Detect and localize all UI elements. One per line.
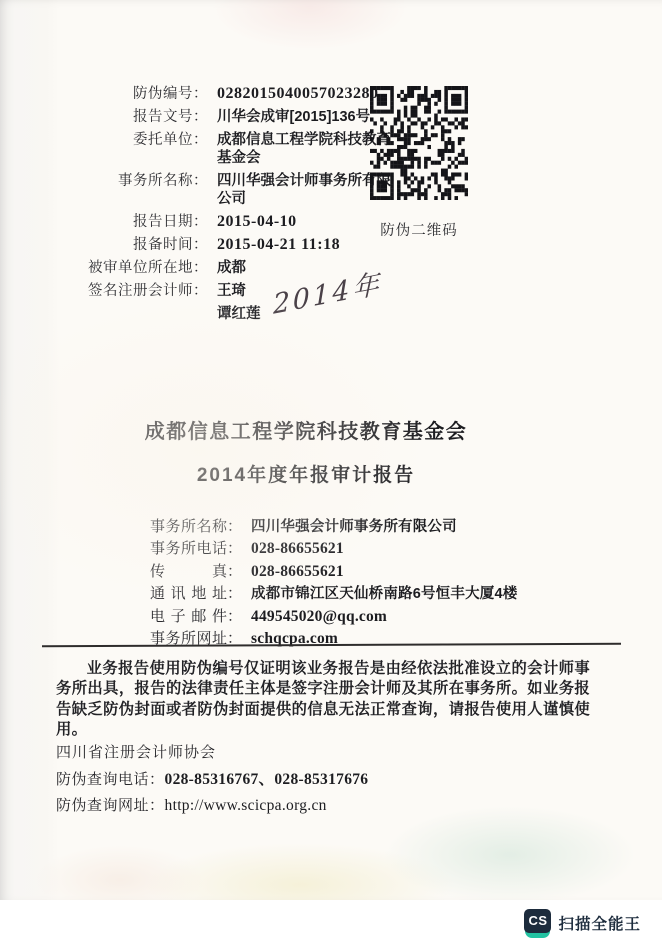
field-row-antiforgery-number: 防伪编号 0282015040057023280 bbox=[86, 85, 386, 103]
report-title-block: 成都信息工程学院科技教育基金会 2014年度年报审计报告 bbox=[0, 415, 612, 487]
report-title-line1: 成都信息工程学院科技教育基金会 bbox=[0, 415, 612, 444]
colon: ： bbox=[227, 560, 242, 581]
camscanner-logo-icon: CS bbox=[524, 909, 551, 938]
field-value: 成都信息工程学院科技教育基金会 bbox=[217, 131, 393, 167]
field-row-client-unit: 委托单位 成都信息工程学院科技教育基金会 bbox=[86, 131, 386, 167]
field-label: 事务所名称 bbox=[86, 172, 208, 208]
field-label: 被审单位所在地 bbox=[86, 259, 208, 277]
field-label: 防伪编号 bbox=[86, 85, 208, 103]
firm-row-phone: 事务所电话： 028-86655621 bbox=[150, 537, 590, 559]
firm-label: 事务所电话 bbox=[150, 537, 227, 558]
field-label: 委托单位 bbox=[86, 131, 208, 167]
firm-row-address: 通讯地址： 成都市锦江区天仙桥南路6号恒丰大厦4楼 bbox=[150, 582, 590, 604]
firm-contact-block: 事务所名称： 四川华强会计师事务所有限公司 事务所电话： 028-8665562… bbox=[150, 515, 590, 649]
field-row-filing-time: 报备时间 2015-04-21 11:18 bbox=[86, 236, 386, 254]
field-row-report-number: 报告文号 川华会成审[2015]136号 bbox=[86, 108, 386, 126]
scanner-brand-name: 扫描全能王 bbox=[558, 912, 641, 934]
association-web-label: 防伪查询网址 bbox=[56, 797, 149, 814]
association-web-row: 防伪查询网址：http://www.scicpa.org.cn bbox=[56, 794, 368, 815]
association-block: 四川省注册会计师协会 防伪查询电话：028-85316767、028-85317… bbox=[56, 741, 368, 815]
field-value: 四川华强会计师事务所有限公司 bbox=[217, 172, 393, 208]
colon: ： bbox=[149, 797, 165, 814]
firm-row-email: 电子邮件： 449545020@qq.com bbox=[150, 605, 590, 627]
colon: ： bbox=[227, 515, 242, 536]
disclaimer-paragraph: 业务报告使用防伪编号仅证明该业务报告是由经依法批准设立的会计师事务所出具，报告的… bbox=[56, 659, 590, 740]
association-phone-value: 028-85316767、028-85317676 bbox=[165, 771, 369, 788]
qr-caption: 防伪二维码 bbox=[370, 219, 468, 240]
firm-value: 028-86655621 bbox=[251, 540, 344, 558]
field-row-firm-name: 事务所名称 四川华强会计师事务所有限公司 bbox=[86, 172, 386, 208]
field-label: 报备时间 bbox=[86, 236, 208, 254]
firm-value: 028-86655621 bbox=[251, 563, 344, 581]
qr-section: 防伪二维码 bbox=[370, 86, 468, 240]
firm-label: 通讯地址 bbox=[150, 582, 227, 603]
field-label: 报告日期 bbox=[86, 213, 208, 231]
firm-value: 成都市锦江区天仙桥南路6号恒丰大厦4楼 bbox=[251, 582, 517, 603]
colon: ： bbox=[227, 582, 242, 603]
antiforgery-qr-code bbox=[370, 86, 468, 200]
firm-label: 事务所名称 bbox=[150, 515, 227, 536]
field-label: 报告文号 bbox=[86, 108, 208, 126]
field-value: 2015-04-10 bbox=[217, 213, 393, 231]
firm-label: 传真 bbox=[150, 560, 227, 581]
firm-value: 四川华强会计师事务所有限公司 bbox=[251, 515, 457, 536]
association-phone-row: 防伪查询电话：028-85316767、028-85317676 bbox=[56, 767, 368, 789]
field-value: 川华会成审[2015]136号 bbox=[217, 108, 393, 126]
firm-value: 449545020@qq.com bbox=[251, 608, 387, 626]
association-web-value: http://www.scicpa.org.cn bbox=[165, 797, 327, 814]
firm-row-name: 事务所名称： 四川华强会计师事务所有限公司 bbox=[150, 515, 590, 537]
scanned-paper-sheet: 防伪编号 0282015040057023280 报告文号 川华会成审[2015… bbox=[0, 0, 662, 900]
field-row-report-date: 报告日期 2015-04-10 bbox=[86, 213, 386, 231]
report-title-line2: 2014年度年报审计报告 bbox=[0, 460, 612, 487]
firm-label: 电子邮件 bbox=[150, 605, 227, 626]
firm-row-fax: 传真： 028-86655621 bbox=[150, 560, 590, 582]
field-label bbox=[86, 305, 208, 323]
association-phone-label: 防伪查询电话 bbox=[56, 771, 149, 788]
colon: ： bbox=[149, 771, 165, 788]
field-value: 0282015040057023280 bbox=[217, 85, 393, 103]
field-value: 2015-04-21 11:18 bbox=[217, 236, 393, 254]
scanner-watermark: CS 扫描全能王 bbox=[524, 908, 641, 938]
logo-cs-badge: CS bbox=[524, 909, 551, 933]
field-label: 签名注册会计师 bbox=[86, 282, 208, 300]
association-name: 四川省注册会计师协会 bbox=[56, 741, 368, 762]
colon: ： bbox=[227, 537, 242, 558]
colon: ： bbox=[227, 605, 242, 626]
